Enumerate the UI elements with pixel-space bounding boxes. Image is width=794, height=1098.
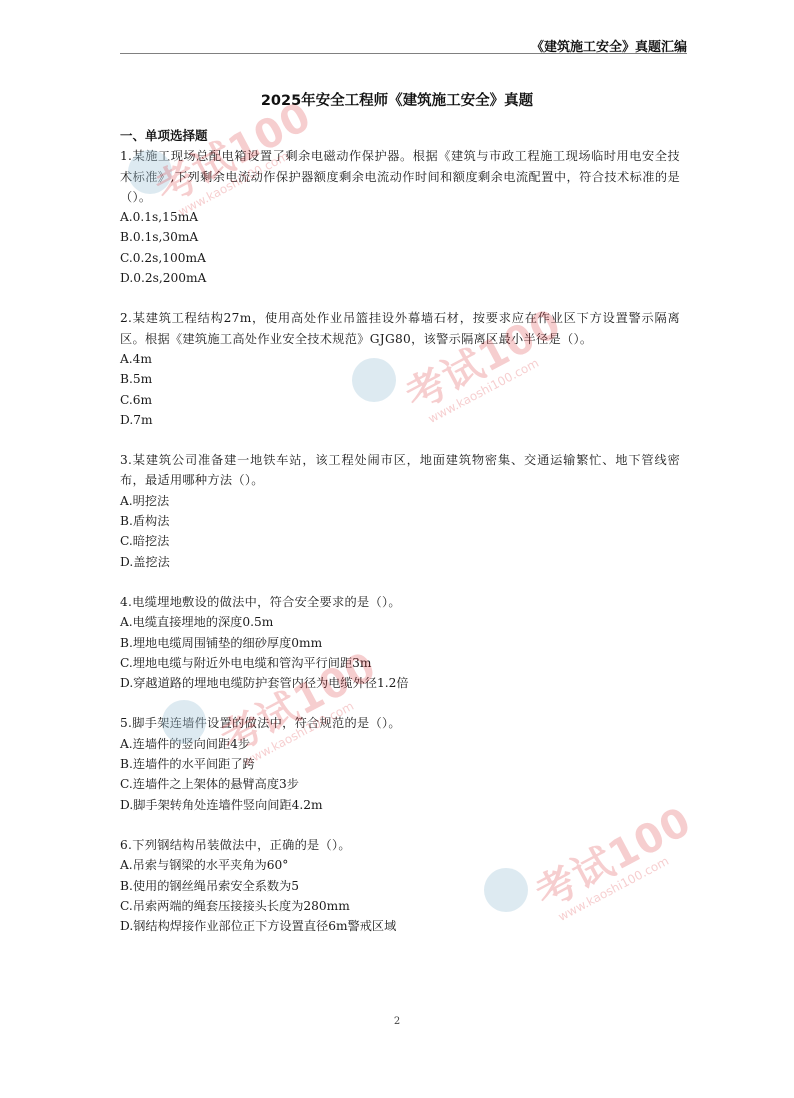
question-stem: 6.下列钢结构吊装做法中，正确的是（）。 <box>120 835 680 855</box>
option-c: C.暗挖法 <box>120 531 680 551</box>
option-d: D.盖挖法 <box>120 552 680 572</box>
option-b: B.使用的钢丝绳吊索安全系数为5 <box>120 876 680 896</box>
question-6: 6.下列钢结构吊装做法中，正确的是（）。 A.吊索与钢梁的水平夹角为60° B.… <box>120 835 680 936</box>
option-d: D.0.2s,200mA <box>120 268 680 288</box>
question-2: 2.某建筑工程结构27m，使用高处作业吊篮挂设外幕墙石材，按要求应在作业区下方设… <box>120 308 680 430</box>
question-stem: 2.某建筑工程结构27m，使用高处作业吊篮挂设外幕墙石材，按要求应在作业区下方设… <box>120 308 680 349</box>
section-title: 一、单项选择题 <box>120 126 680 146</box>
page-number: 2 <box>0 1016 794 1027</box>
option-d: D.脚手架转角处连墙件竖向间距4.2m <box>120 795 680 815</box>
option-c: C.吊索两端的绳套压接接头长度为280mm <box>120 896 680 916</box>
question-5: 5.脚手架连墙件设置的做法中，符合规范的是（）。 A.连墙件的竖向间距4步 B.… <box>120 713 680 814</box>
option-c: C.0.2s,100mA <box>120 248 680 268</box>
option-a: A.吊索与钢梁的水平夹角为60° <box>120 855 680 875</box>
option-b: B.连墙件的水平间距了跨 <box>120 754 680 774</box>
question-stem: 4.电缆埋地敷设的做法中，符合安全要求的是（）。 <box>120 592 680 612</box>
question-4: 4.电缆埋地敷设的做法中，符合安全要求的是（）。 A.电缆直接埋地的深度0.5m… <box>120 592 680 693</box>
option-d: D.穿越道路的埋地电缆防护套管内径为电缆外径1.2倍 <box>120 673 680 693</box>
question-3: 3.某建筑公司准备建一地铁车站，该工程处闹市区，地面建筑物密集、交通运输繁忙、地… <box>120 450 680 572</box>
header-divider <box>120 53 687 54</box>
option-a: A.连墙件的竖向间距4步 <box>120 734 680 754</box>
question-1: 1.某施工现场总配电箱设置了剩余电磁动作保护器。根据《建筑与市政工程施工现场临时… <box>120 146 680 288</box>
option-c: C.埋地电缆与附近外电电缆和管沟平行间距3m <box>120 653 680 673</box>
question-stem: 3.某建筑公司准备建一地铁车站，该工程处闹市区，地面建筑物密集、交通运输繁忙、地… <box>120 450 680 491</box>
option-a: A.4m <box>120 349 680 369</box>
document-title: 2025年安全工程师《建筑施工安全》真题 <box>0 89 794 110</box>
option-d: D.钢结构焊接作业部位正下方设置直径6m警戒区域 <box>120 916 680 936</box>
option-c: C.连墙件之上架体的悬臂高度3步 <box>120 774 680 794</box>
question-stem: 1.某施工现场总配电箱设置了剩余电磁动作保护器。根据《建筑与市政工程施工现场临时… <box>120 146 680 207</box>
option-b: B.0.1s,30mA <box>120 227 680 247</box>
option-a: A.电缆直接埋地的深度0.5m <box>120 612 680 632</box>
option-b: B.埋地电缆周围铺垫的细砂厚度0mm <box>120 633 680 653</box>
option-c: C.6m <box>120 390 680 410</box>
option-b: B.5m <box>120 369 680 389</box>
document-body: 一、单项选择题 1.某施工现场总配电箱设置了剩余电磁动作保护器。根据《建筑与市政… <box>120 126 680 956</box>
option-d: D.7m <box>120 410 680 430</box>
option-b: B.盾构法 <box>120 511 680 531</box>
option-a: A.明挖法 <box>120 491 680 511</box>
question-stem: 5.脚手架连墙件设置的做法中，符合规范的是（）。 <box>120 713 680 733</box>
option-a: A.0.1s,15mA <box>120 207 680 227</box>
